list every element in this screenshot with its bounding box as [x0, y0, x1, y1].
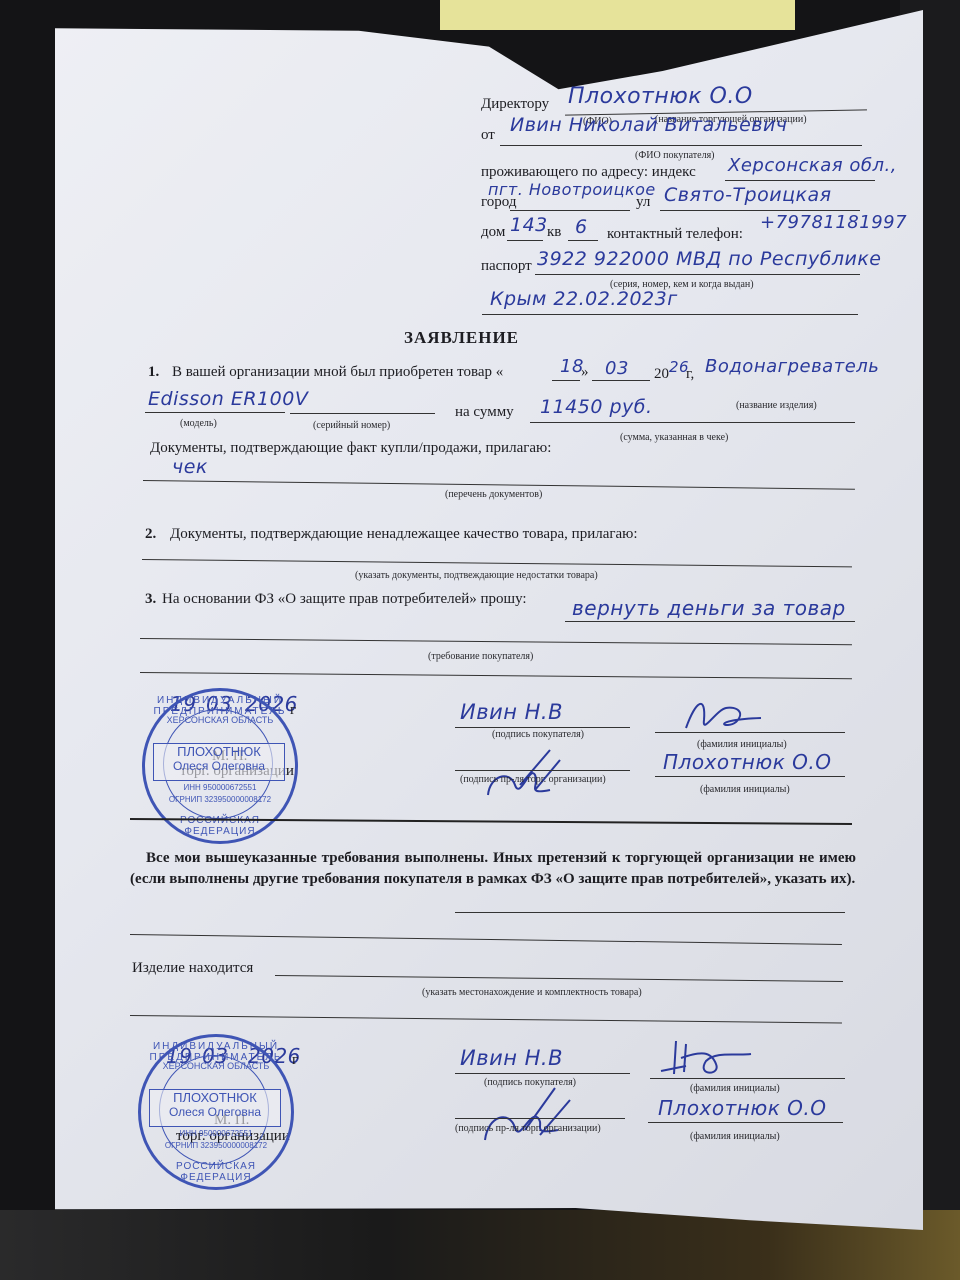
city-line — [510, 210, 630, 211]
from-value: Ивин Николай Витальевич — [510, 114, 788, 136]
sum-value: 11450 руб. — [540, 396, 653, 418]
address-label: проживающего по адресу: индекс — [481, 164, 696, 181]
sum-label: на сумму — [455, 404, 514, 421]
sign1-buyer-name-line — [655, 732, 845, 733]
stamp-name-box: ПЛОХОТНЮК Олеся Олеговна — [153, 743, 285, 781]
serial-line — [290, 413, 435, 414]
section2-number: 2. — [145, 526, 156, 543]
location-caption: (указать местонахождение и комплектность… — [422, 987, 642, 998]
sign2-date-g: г — [292, 1052, 298, 1069]
house-value: 143 — [510, 214, 548, 236]
passport-value-line2: Крым 22.02.2023г — [490, 288, 678, 310]
sign2-buyer-name-caption: (фамилия инициалы) — [690, 1083, 780, 1094]
house-line — [507, 240, 543, 241]
model-value: Edisson ER100V — [148, 388, 308, 410]
closing-line-1 — [455, 912, 845, 913]
request-value: вернуть деньги за товар — [572, 596, 846, 620]
section3-text: На основании ФЗ «О защите прав потребите… — [162, 591, 527, 608]
street-line — [660, 210, 860, 211]
street-label: ул — [636, 194, 650, 211]
passport-label: паспорт — [481, 258, 532, 275]
stamp-name-line1: ПЛОХОТНЮК — [154, 744, 284, 759]
section1-text: В вашей организации мной был приобретен … — [172, 364, 503, 381]
sign2-org-handsign — [480, 1080, 580, 1150]
sign1-org-name-value: Плохотнюк О.О — [663, 750, 831, 774]
stamp-ring-top-text: ИНДИВИДУАЛЬНЫЙ ПРЕДПРИНИМАТЕЛЬ — [141, 1041, 291, 1063]
sign1-org-line — [455, 770, 630, 771]
director-value: Плохотнюк О.О — [568, 84, 753, 109]
sign1-org-name-caption: (фамилия инициалы) — [700, 784, 790, 795]
sign1-buyer-line — [455, 727, 630, 728]
from-label: от — [481, 127, 495, 144]
docs-label: Документы, подтверждающие факт купли/про… — [150, 440, 551, 457]
sign2-buyer-signature: Ивин Н.В — [460, 1046, 563, 1070]
apt-value: 6 — [575, 216, 588, 238]
sign2-org-name-line — [648, 1122, 843, 1123]
company-stamp-2: ИНДИВИДУАЛЬНЫЙ ПРЕДПРИНИМАТЕЛЬ ХЕРСОНСКА… — [138, 1034, 294, 1190]
purchase-month: 03 — [605, 358, 629, 379]
model-caption: (модель) — [180, 418, 217, 429]
address-line — [725, 180, 875, 181]
sign1-buyer-signature: Ивин Н.В — [460, 700, 563, 724]
sign1-org-caption: (подпись пр-ля торг. организации) — [460, 774, 606, 785]
stamp-ring-bottom-text: РОССИЙСКАЯ ФЕДЕРАЦИЯ — [141, 1161, 291, 1183]
sign2-buyer-line — [455, 1073, 630, 1074]
sign2-org-line — [455, 1118, 625, 1119]
passport-line-2 — [482, 314, 858, 315]
closing-statement: Все мои вышеуказанные требования выполне… — [130, 848, 856, 890]
stamp-inn: ИНН 950000672551 — [145, 783, 295, 792]
year-g: г, — [686, 366, 694, 383]
document-title: ЗАЯВЛЕНИЕ — [404, 328, 519, 348]
product-caption: (название изделия) — [736, 400, 817, 411]
sum-line — [530, 422, 855, 423]
house-label: дом — [481, 224, 505, 241]
stamp-name-line1: ПЛОХОТНЮК — [150, 1090, 280, 1105]
apt-label: кв — [547, 224, 561, 241]
section1-number: 1. — [148, 364, 159, 381]
stamp-ring-top-text: ИНДИВИДУАЛЬНЫЙ ПРЕДПРИНИМАТЕЛЬ — [145, 695, 295, 717]
serial-caption: (серийный номер) — [313, 420, 390, 431]
sign2-org-name-value: Плохотнюк О.О — [658, 1096, 826, 1120]
phone-value: +79781181997 — [760, 212, 907, 233]
section3-number: 3. — [145, 591, 156, 608]
docs-value: чек — [172, 456, 208, 478]
stamp-name-line2: Олеся Олеговна — [150, 1105, 280, 1120]
stamp-ogrnip: ОГРНИП 323950000008172 — [141, 1141, 291, 1150]
section2-text: Документы, подтверждающие ненадлежащее к… — [170, 526, 638, 543]
year-prefix: 20 — [654, 366, 669, 383]
address-index-value: Херсонская обл., — [728, 155, 897, 176]
from-line — [500, 145, 862, 146]
sign2-org-name-caption: (фамилия инициалы) — [690, 1131, 780, 1142]
sum-caption: (сумма, указанная в чеке) — [620, 432, 728, 443]
stamp-name-box: ПЛОХОТНЮК Олеся Олеговна — [149, 1089, 281, 1127]
sign1-buyer-caption: (подпись покупателя) — [492, 729, 584, 740]
sign2-org-caption: (подпись пр-ля торг. организации) — [455, 1123, 601, 1134]
quote-close: » — [581, 364, 589, 381]
section3-caption: (требование покупателя) — [428, 651, 533, 662]
request-line — [565, 621, 855, 622]
from-caption: (ФИО покупателя) — [635, 150, 715, 161]
section2-caption: (указать документы, подтвеждающие недост… — [355, 570, 598, 581]
stamp-ogrnip: ОГРНИП 323950000008172 — [145, 795, 295, 804]
passport-value-line1: 3922 922000 МВД по Республике — [537, 248, 882, 270]
sign2-buyer-handsign — [656, 1036, 766, 1081]
passport-line — [535, 274, 860, 275]
stamp-inn: ИНН 950000672551 — [141, 1129, 291, 1138]
product-value: Водонагреватель — [705, 356, 879, 377]
street-value: Свято-Троицкая — [664, 184, 832, 206]
sign1-org-name-line — [655, 776, 845, 777]
city-value: пгт. Новотроицкое — [488, 180, 656, 199]
stamp-region: ХЕРСОНСКАЯ ОБЛАСТЬ — [141, 1061, 291, 1072]
sticky-note — [440, 0, 795, 30]
stamp-name-line2: Олеся Олеговна — [154, 759, 284, 774]
director-label: Директору — [481, 96, 549, 113]
location-label: Изделие находится — [132, 960, 253, 977]
purchase-month-line — [592, 380, 650, 381]
phone-label: контактный телефон: — [607, 226, 743, 243]
apt-line — [568, 240, 598, 241]
docs-caption: (перечень документов) — [445, 489, 542, 500]
sign1-buyer-name-caption: (фамилия инициалы) — [697, 739, 787, 750]
purchase-day-line — [552, 380, 580, 381]
model-line — [145, 412, 285, 413]
sign2-buyer-name-line — [650, 1078, 845, 1079]
stamp-region: ХЕРСОНСКАЯ ОБЛАСТЬ — [145, 715, 295, 726]
